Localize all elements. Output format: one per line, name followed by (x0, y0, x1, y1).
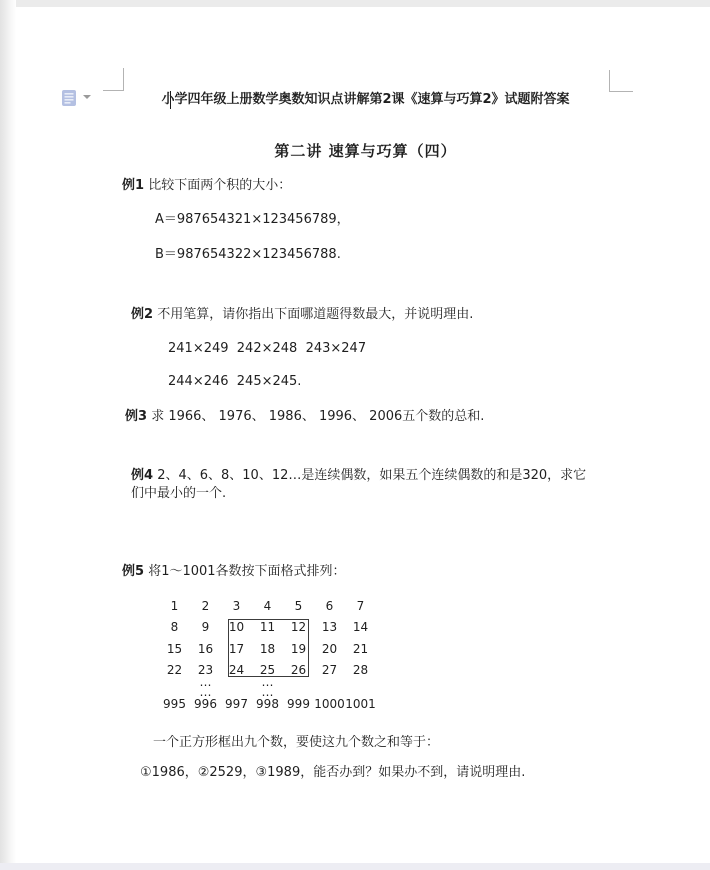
window-chrome-top (0, 0, 710, 7)
page-left-shadow (0, 0, 16, 870)
example-3-line[interactable]: 例3 求 1966、 1976、 1986、 1996、 2006五个数的总和. (125, 409, 484, 424)
grid-cell: 13 (314, 621, 345, 634)
example-1-text: 比较下面两个积的大小： (148, 178, 291, 193)
example-3-text: 求 1966、 1976、 1986、 1996、 2006五个数的总和. (151, 409, 484, 424)
document-title[interactable]: 小学四年级上册数学奥数知识点讲解第2课《速算与巧算2》试题附答案 (122, 92, 609, 107)
example-2-label: 例2 (131, 307, 153, 322)
grid-cell: 22 (159, 664, 190, 677)
margin-crop-mark-top-left (103, 68, 124, 91)
grid-cell: 1000 (314, 698, 345, 711)
example-1-label: 例1 (122, 178, 144, 193)
example-1-line[interactable]: 例1 比较下面两个积的大小： (122, 178, 291, 193)
grid-cell: 16 (190, 643, 221, 656)
example-3-label: 例3 (125, 409, 147, 424)
grid-cell: 9 (190, 621, 221, 634)
grid-row: 1234567 (159, 600, 376, 614)
example-2-products-row-1[interactable]: 241×249 242×248 243×247 (168, 341, 366, 356)
grid-cell: 6 (314, 600, 345, 613)
paste-options-button[interactable] (59, 88, 93, 110)
grid-cell: 2 (190, 600, 221, 613)
grid-cell: 999 (283, 698, 314, 711)
example-4-label: 例4 (131, 468, 153, 483)
example-2-line[interactable]: 例2 不用笔算，请你指出下面哪道题得数最大，并说明理由. (131, 307, 473, 322)
grid-row: 99599699799899910001001 (159, 698, 376, 712)
example-4-paragraph[interactable]: 例4 2、4、6、8、10、12…是连续偶数，如果五个连续偶数的和是320，求它… (131, 467, 631, 503)
example-2-text: 不用笔算，请你指出下面哪道题得数最大，并说明理由. (157, 307, 473, 322)
example-5-label: 例5 (122, 564, 144, 579)
grid-cell: 996 (190, 698, 221, 711)
grid-cell: 8 (159, 621, 190, 634)
grid-cell: 4 (252, 600, 283, 613)
product-b-line[interactable]: B＝987654322×123456788. (155, 247, 341, 262)
section-heading[interactable]: 第二讲 速算与巧算（四） (122, 144, 609, 159)
example-2-products-row-2[interactable]: 244×246 245×245. (168, 374, 301, 389)
grid-cell: 15 (159, 643, 190, 656)
example-5-line[interactable]: 例5 将1～1001各数按下面格式排列： (122, 564, 346, 579)
grid-cell: 1 (159, 600, 190, 613)
grid-cell: 995 (159, 698, 190, 711)
window-chrome-bottom (0, 863, 710, 870)
example-4-text-line-1: 2、4、6、8、10、12…是连续偶数，如果五个连续偶数的和是320，求它 (157, 468, 586, 483)
grid-cell: … (190, 688, 221, 696)
word-processor-window: { "document": { "title": "小学四年级上册数学奥数知识点… (0, 0, 710, 870)
grid-cell: 7 (345, 600, 376, 613)
example-5-text: 将1～1001各数按下面格式排列： (148, 564, 345, 579)
grid-cell: 27 (314, 664, 345, 677)
margin-crop-mark-top-right (609, 70, 633, 92)
product-a-line[interactable]: A＝987654321×123456789， (155, 212, 350, 227)
grid-cell: 3 (221, 600, 252, 613)
grid-cell: 20 (314, 643, 345, 656)
chevron-down-icon (83, 95, 91, 99)
grid-cell: 997 (221, 698, 252, 711)
question-options-line[interactable]: ①1986，②2529，③1989，能否办到？如果办不到，请说明理由. (140, 765, 525, 780)
grid-cell: 998 (252, 698, 283, 711)
number-grid[interactable]: 1234567891011121314151617181920212223242… (159, 600, 376, 718)
grid-cell: … (252, 688, 283, 696)
square-frame (228, 619, 309, 677)
question-intro-line[interactable]: 一个正方形框出九个数，要使这九个数之和等于： (153, 735, 439, 750)
example-4-text-line-2: 们中最小的一个. (131, 486, 226, 501)
grid-cell: 1001 (345, 698, 376, 711)
grid-cell: 5 (283, 600, 314, 613)
grid-cell: 14 (345, 621, 376, 634)
grid-cell: 21 (345, 643, 376, 656)
grid-cell: 28 (345, 664, 376, 677)
document-paste-icon (61, 89, 78, 108)
